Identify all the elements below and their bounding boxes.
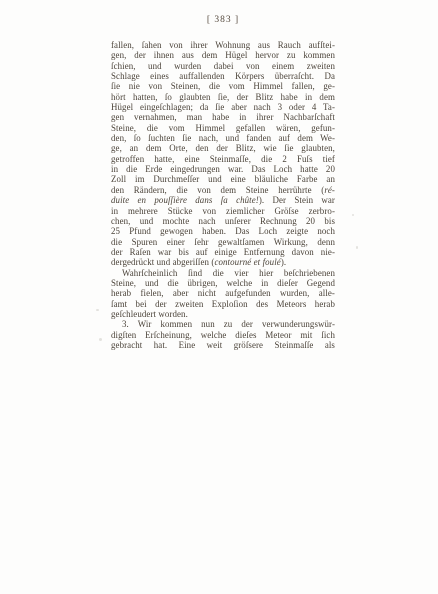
page-number: [ 383 ] (111, 15, 335, 25)
text-line: geſchleudert worden. (111, 309, 335, 319)
text-line: der Raſen war bis auf einige Entfernung … (111, 247, 335, 257)
text-segment: den Rändern, die von dem Steine herrührt… (111, 185, 324, 195)
text-segment: herab fielen, aber nicht aufgefunden wur… (111, 288, 335, 298)
text-segment: gen vernahmen, man habe in ihrer Nachbar… (111, 112, 335, 122)
text-segment: Wahrſcheinlich ſind die vier hier beſchr… (122, 268, 335, 278)
text-line: ge, an dem Orte, den der Blitz, wie ſie … (111, 143, 335, 153)
text-segment: duite en pouſſière dans ſa chûte! (111, 195, 259, 205)
text-segment: ge, an dem Orte, den der Blitz, wie ſie … (111, 143, 335, 153)
text-line: ſchien, und wurden dabei von einem zweit… (111, 61, 335, 71)
text-line: duite en pouſſière dans ſa chûte!). Der … (111, 195, 335, 205)
text-segment: fallen, ſahen von ihrer Wohnung aus Rauc… (111, 40, 335, 50)
text-line: herab fielen, aber nicht aufgefunden wur… (111, 288, 335, 298)
text-segment: ſamt bei der zweiten Exploſion des Meteo… (111, 299, 335, 309)
text-segment: ). (281, 257, 286, 267)
text-line: chen, und mochte nach unſerer Rechnung 2… (111, 216, 335, 226)
text-segment: in die Erde eingedrungen war. Das Loch h… (111, 164, 335, 174)
text-segment: den, ſo ſuchten ſie nach, und fanden auf… (111, 133, 335, 143)
text-line: 25 Pfund gewogen haben. Das Loch zeigte … (111, 226, 335, 236)
scan-speckle (96, 309, 99, 311)
text-segment: Schlage eines auffallenden Körpers überr… (111, 71, 335, 81)
text-line: digſten Erſcheinung, welche dieſes Meteo… (111, 330, 335, 340)
text-line: gen, der ihnen aus dem Hügel hervor zu k… (111, 50, 335, 60)
text-line: getroffen hatte, eine Steinmaſſe, die 2 … (111, 154, 335, 164)
scan-speckle (356, 246, 358, 249)
text-line: gebracht hat. Eine weit gröſsere Steinma… (111, 340, 335, 350)
text-segment: gen, der ihnen aus dem Hügel hervor zu k… (111, 50, 335, 60)
text-segment: die Spuren einer ſehr gewaltſamen Wirkun… (111, 237, 335, 247)
text-line: 3. Wir kommen nun zu der verwunderungswü… (111, 319, 335, 329)
text-line: Zoll im Durchmeſſer und eine bläuliche F… (111, 174, 335, 184)
text-segment: ré- (324, 185, 335, 195)
text-line: hört hatten, ſo glaubten ſie, der Blitz … (111, 92, 335, 102)
text-segment: 25 Pfund gewogen haben. Das Loch zeigte … (111, 226, 335, 236)
text-segment: geſchleudert worden. (111, 309, 188, 319)
text-line: Schlage eines auffallenden Körpers überr… (111, 71, 335, 81)
text-segment: Steine, und die übrigen, welche in dieſe… (111, 278, 335, 288)
text-line: die Spuren einer ſehr gewaltſamen Wirkun… (111, 237, 335, 247)
scan-speckle (99, 338, 102, 341)
text-segment: dergedrückt und abgeriſſen ( (111, 257, 214, 267)
scan-speckle (352, 214, 354, 216)
text-line: den Rändern, die von dem Steine herrührt… (111, 185, 335, 195)
text-segment: ſchien, und wurden dabei von einem zweit… (111, 61, 335, 71)
text-segment: Hügel eingeſchlagen; da ſie aber nach 3 … (111, 102, 335, 112)
text-segment: chen, und mochte nach unſerer Rechnung 2… (111, 216, 335, 226)
text-segment: digſten Erſcheinung, welche dieſes Meteo… (111, 330, 335, 340)
text-line: den, ſo ſuchten ſie nach, und fanden auf… (111, 133, 335, 143)
text-segment: der Raſen war bis auf einige Entfernung … (111, 247, 335, 257)
text-line: ſamt bei der zweiten Exploſion des Meteo… (111, 299, 335, 309)
text-segment: ). Der Stein war (259, 195, 335, 205)
text-segment: contourné et foulé (214, 257, 280, 267)
text-line: in mehrere Stücke von ziemlicher Gröſse … (111, 206, 335, 216)
body-text-block: fallen, ſahen von ihrer Wohnung aus Rauc… (111, 40, 335, 350)
text-line: Wahrſcheinlich ſind die vier hier beſchr… (111, 268, 335, 278)
text-segment: in mehrere Stücke von ziemlicher Gröſse … (111, 206, 335, 216)
text-segment: getroffen hatte, eine Steinmaſſe, die 2 … (111, 154, 335, 164)
scanned-book-page: [ 383 ] fallen, ſahen von ihrer Wohnung … (0, 0, 438, 594)
text-line: ſie nie von Steinen, die vom Himmel fall… (111, 81, 335, 91)
text-segment: Zoll im Durchmeſſer und eine bläuliche F… (111, 174, 335, 184)
text-segment: gebracht hat. Eine weit gröſsere Steinma… (111, 340, 335, 350)
text-line: Hügel eingeſchlagen; da ſie aber nach 3 … (111, 102, 335, 112)
text-line: fallen, ſahen von ihrer Wohnung aus Rauc… (111, 40, 335, 50)
text-line: Steine, und die übrigen, welche in dieſe… (111, 278, 335, 288)
text-segment: hört hatten, ſo glaubten ſie, der Blitz … (111, 92, 335, 102)
text-segment: ſie nie von Steinen, die vom Himmel fall… (111, 81, 335, 91)
text-line: in die Erde eingedrungen war. Das Loch h… (111, 164, 335, 174)
text-segment: Steine, die vom Himmel gefallen wären, g… (111, 123, 335, 133)
text-segment: 3. Wir kommen nun zu der verwunderungswü… (122, 319, 335, 329)
text-line: gen vernahmen, man habe in ihrer Nachbar… (111, 112, 335, 122)
text-line: Steine, die vom Himmel gefallen wären, g… (111, 123, 335, 133)
text-line: dergedrückt und abgeriſſen (contourné et… (111, 257, 335, 267)
